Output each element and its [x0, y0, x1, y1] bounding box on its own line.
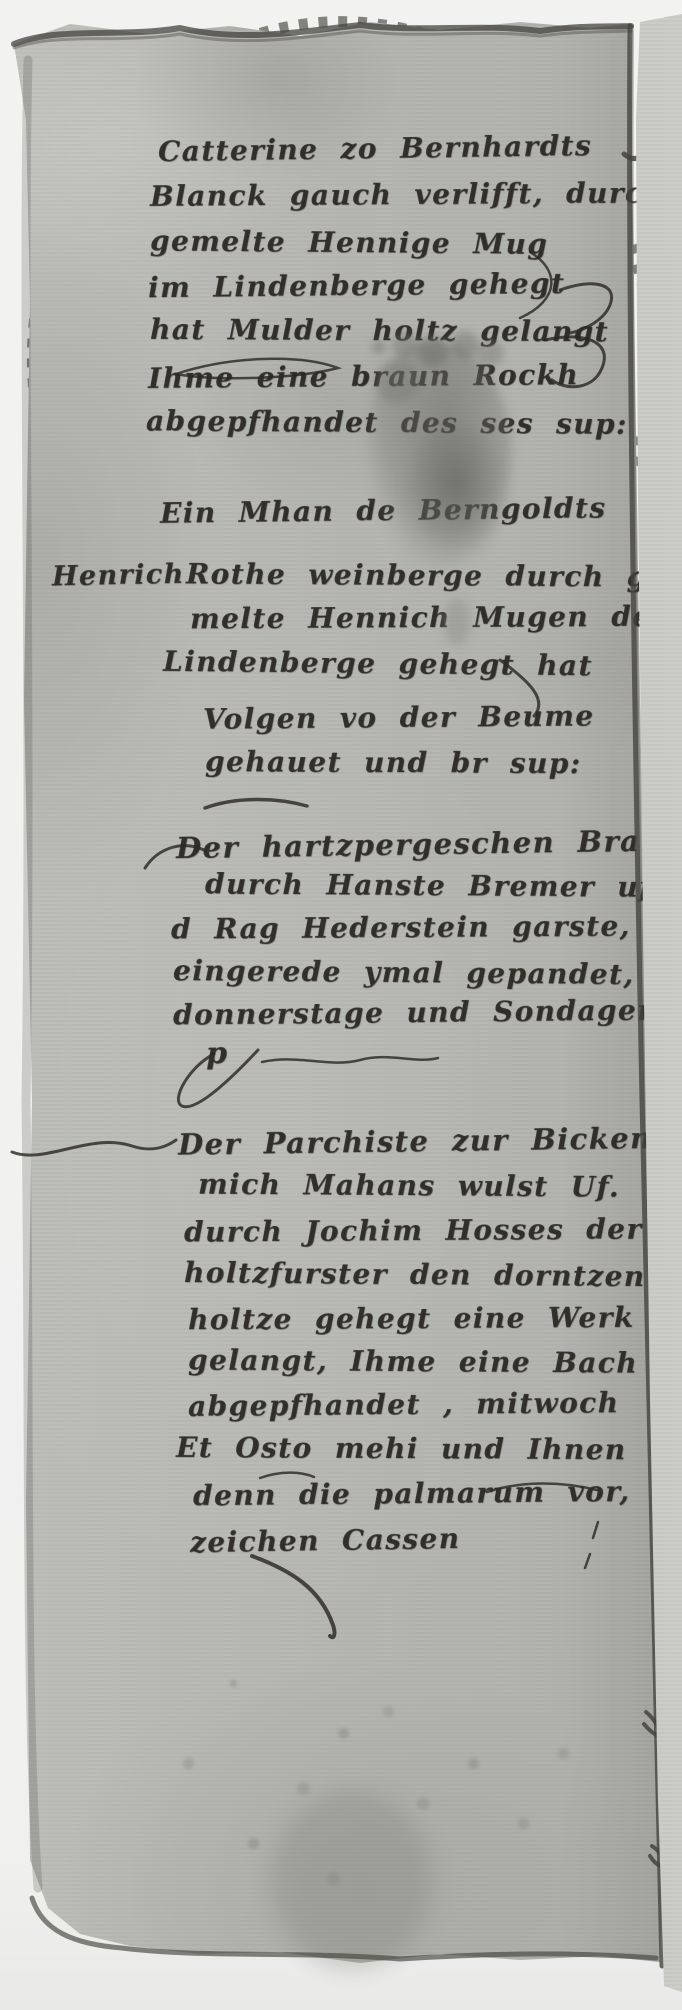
handwriting-line: Blanck gauch verlifft, durch: [150, 176, 665, 213]
handwriting-line: gelangt, Ihme eine Bach: [188, 1343, 638, 1379]
margin-note: Henrich: [52, 559, 185, 593]
handwriting-line: p: [206, 1036, 229, 1071]
handwriting-line: melte Hennich Mugen den: [190, 600, 673, 636]
handwriting-line: zeichen Cassen: [190, 1522, 461, 1559]
handwriting-line: Et Osto mehi und Ihnen: [176, 1431, 627, 1466]
handwriting-line: Rothe weinberge durch ge-: [186, 557, 680, 593]
foxing-specks: [230, 1680, 237, 1687]
handwriting-line: mich Mahans wulst Uf.: [198, 1168, 620, 1204]
handwriting-line: Ihme eine braun Rockh: [148, 358, 579, 395]
handwriting-line: Lindenberge gehegt hat: [163, 645, 593, 682]
handwriting-line: hat Mulder holtz gelangt: [150, 313, 609, 348]
handwriting-line: gemelte Hennige Mug: [150, 224, 549, 260]
handwriting-line: holtzfurster den dorntzen: [184, 1256, 646, 1293]
handwriting-line: eingerede ymal gepandet,: [173, 954, 635, 991]
handwriting-line: abgepfhandet des ses sup:: [146, 404, 628, 440]
handwriting-line: durch Jochim Hosses der: [184, 1212, 643, 1248]
handwriting-line: denn die palmarum vor,: [193, 1475, 631, 1513]
handwriting-line: d Rag Hederstein garste,: [171, 909, 631, 945]
handwriting-line: gehauet und br sup:: [205, 745, 582, 780]
handwriting-line: Volgen vo der Beume: [203, 699, 595, 735]
handwriting-line: Catterine zo Bernhardts: [158, 129, 592, 168]
handwriting-line: Ein Mhan de Berngoldts: [160, 491, 607, 529]
handwriting-line: donnerstage und Sondager: [173, 993, 654, 1031]
handwriting-line: durch Hanste Bremer uff: [205, 867, 666, 903]
handwriting-line: abgepfhandet , mitwoch: [188, 1386, 620, 1423]
handwriting-line: Der Parchiste zur Bickens,: [178, 1120, 682, 1161]
handwriting-line: holtze gehegt eine Werk: [188, 1301, 635, 1336]
handwriting-line: im Lindenberge gehegt: [148, 267, 566, 304]
scanned-manuscript: Catterine zo Bernhardts Blanck gauch ver…: [0, 0, 682, 2010]
